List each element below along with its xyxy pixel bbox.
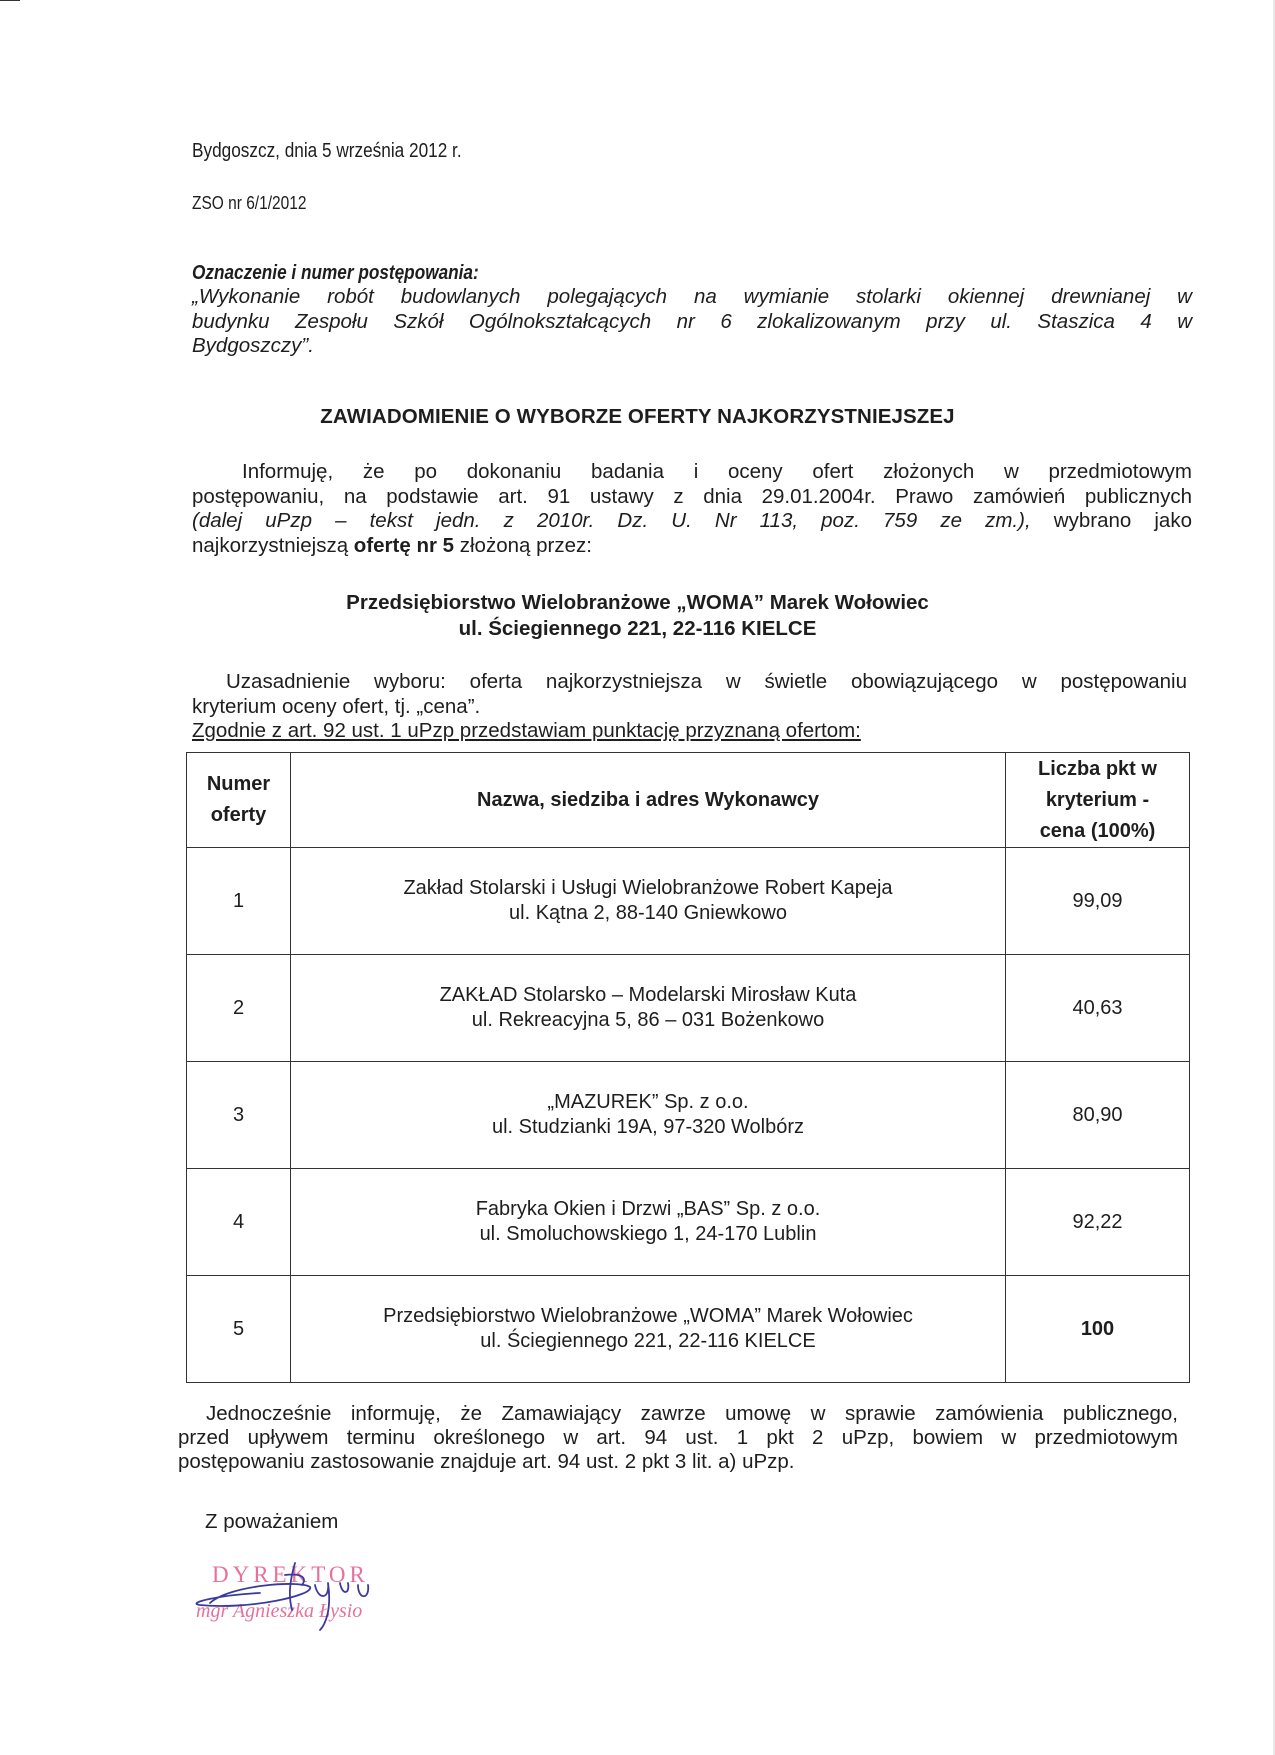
- final-paragraph: Jednocześnie informuję, że Zamawiający z…: [178, 1402, 1178, 1474]
- offer-number: 2: [187, 955, 291, 1062]
- final-line: postępowaniu zastosowanie znajduje art. …: [178, 1450, 1178, 1474]
- handwritten-signature: [190, 1555, 390, 1635]
- table-row: 2 ZAKŁAD Stolarsko – Modelarski Mirosław…: [187, 955, 1190, 1062]
- reference-number: ZSO nr 6/1/2012: [192, 193, 306, 214]
- justification-line: Uzasadnienie wyboru: oferta najkorzystni…: [192, 670, 1187, 695]
- winning-contractor: Przedsiębiorstwo Wielobranżowe „WOMA” Ma…: [0, 590, 1275, 642]
- contractor: „MAZUREK” Sp. z o.o.ul. Studzianki 19A, …: [291, 1062, 1006, 1169]
- offer-number: 1: [187, 848, 291, 955]
- score: 99,09: [1006, 848, 1190, 955]
- info-line: najkorzystniejszą ofertę nr 5 złożoną pr…: [192, 534, 1192, 559]
- offer-number: 5: [187, 1276, 291, 1383]
- procedure-label: Oznaczenie i numer postępowania:: [192, 262, 479, 285]
- procedure-line: budynku Zespołu Szkół Ogólnokształcących…: [192, 310, 1192, 335]
- table-header-row: Numeroferty Nazwa, siedziba i adres Wyko…: [187, 753, 1190, 848]
- score: 40,63: [1006, 955, 1190, 1062]
- scores-table: Numeroferty Nazwa, siedziba i adres Wyko…: [186, 752, 1190, 1383]
- contractor: Przedsiębiorstwo Wielobranżowe „WOMA” Ma…: [291, 1276, 1006, 1383]
- closing-salutation: Z poważaniem: [205, 1510, 338, 1534]
- table-row: 3 „MAZUREK” Sp. z o.o.ul. Studzianki 19A…: [187, 1062, 1190, 1169]
- place-date: Bydgoszcz, dnia 5 września 2012 r.: [192, 140, 462, 163]
- justification-paragraph: Uzasadnienie wyboru: oferta najkorzystni…: [192, 670, 1187, 744]
- info-text: wybrano jako: [1054, 509, 1192, 532]
- justification-line: kryterium oceny ofert, tj. „cena”.: [192, 695, 1187, 720]
- procedure-description: „Wykonanie robót budowlanych polegającyc…: [192, 285, 1192, 359]
- offer-number: 4: [187, 1169, 291, 1276]
- justification-line: Zgodnie z art. 92 ust. 1 uPzp przedstawi…: [192, 719, 1187, 744]
- procedure-line: „Wykonanie robót budowlanych polegającyc…: [192, 285, 1192, 310]
- info-line: postępowaniu, na podstawie art. 91 ustaw…: [192, 485, 1192, 510]
- header-offer-number: Numeroferty: [187, 753, 291, 848]
- table-row: 5 Przedsiębiorstwo Wielobranżowe „WOMA” …: [187, 1276, 1190, 1383]
- info-line: Informuję, że po dokonaniu badania i oce…: [192, 460, 1192, 485]
- header-contractor: Nazwa, siedziba i adres Wykonawcy: [291, 753, 1006, 848]
- winner-address: ul. Ściegiennego 221, 22-116 KIELCE: [0, 616, 1275, 642]
- score: 80,90: [1006, 1062, 1190, 1169]
- winner-name: Przedsiębiorstwo Wielobranżowe „WOMA” Ma…: [0, 590, 1275, 616]
- legal-reference: (dalej uPzp – tekst jedn. z 2010r. Dz. U…: [192, 509, 1031, 532]
- procedure-line: Bydgoszczy”.: [192, 334, 1192, 359]
- document-title: ZAWIADOMIENIE O WYBORZE OFERTY NAJKORZYS…: [0, 405, 1275, 429]
- final-line: Jednocześnie informuję, że Zamawiający z…: [178, 1402, 1178, 1426]
- table-row: 1 Zakład Stolarski i Usługi Wielobranżow…: [187, 848, 1190, 955]
- contractor: Fabryka Okien i Drzwi „BAS” Sp. z o.o.ul…: [291, 1169, 1006, 1276]
- contractor: Zakład Stolarski i Usługi Wielobranżowe …: [291, 848, 1006, 955]
- info-line: (dalej uPzp – tekst jedn. z 2010r. Dz. U…: [192, 509, 1192, 534]
- selected-offer: ofertę nr 5: [354, 534, 454, 557]
- final-line: przed upływem terminu określonego w art.…: [178, 1426, 1178, 1450]
- scan-corner-mark: [0, 0, 20, 1]
- info-text: złożoną przez:: [460, 534, 592, 557]
- score: 100: [1006, 1276, 1190, 1383]
- info-text: najkorzystniejszą: [192, 534, 348, 557]
- header-score: Liczba pkt wkryterium -cena (100%): [1006, 753, 1190, 848]
- contractor: ZAKŁAD Stolarsko – Modelarski Mirosław K…: [291, 955, 1006, 1062]
- table-row: 4 Fabryka Okien i Drzwi „BAS” Sp. z o.o.…: [187, 1169, 1190, 1276]
- score: 92,22: [1006, 1169, 1190, 1276]
- offer-number: 3: [187, 1062, 291, 1169]
- info-paragraph: Informuję, że po dokonaniu badania i oce…: [192, 460, 1192, 558]
